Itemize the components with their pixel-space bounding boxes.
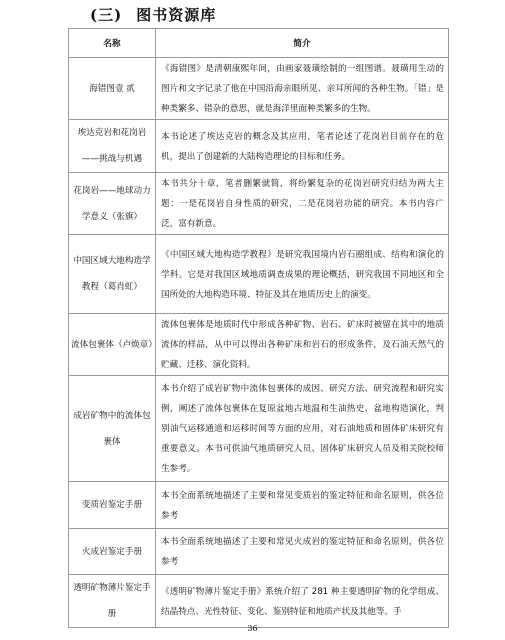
book-description: 本书全面系统地描述了主要和常见变质岩的鉴定特征和命名原则，供各位参考 xyxy=(156,482,449,529)
book-resource-table: 名称 简介 海错图壹 贰 《海错图》是清朝康熙年间，由画家聂璜绘制的一组图谱。聂… xyxy=(68,28,449,628)
table-row: 变质岩鉴定手册 本书全面系统地描述了主要和常见变质岩的鉴定特征和命名原则，供各位… xyxy=(69,482,449,529)
book-name: 火成岩鉴定手册 xyxy=(69,529,156,575)
section-heading: (三)图书资源库 xyxy=(90,4,216,25)
book-description: 本书共分十章，笔者删繁就简，将纷繁复杂的花岗岩研究归结为两大主题：一是花岗岩自身… xyxy=(156,173,449,235)
book-description: 本书论述了埃达克岩的概念及其应用，笔者论述了花岗岩目前存在的危机，提出了创建新的… xyxy=(156,120,449,173)
table-row: 海错图壹 贰 《海错图》是清朝康熙年间，由画家聂璜绘制的一组图谱。聂璜用生动的图… xyxy=(69,58,449,120)
book-description: 《中国区域大地构造学教程》是研究我国境内岩石圈组成、结构和演化的学科。它是对我国… xyxy=(156,235,449,314)
book-description: 《海错图》是清朝康熙年间，由画家聂璜绘制的一组图谱。聂璜用生动的图片和文字记录了… xyxy=(156,58,449,120)
table-row: 埃达克岩和花岗岩——挑战与机遇 本书论述了埃达克岩的概念及其应用，笔者论述了花岗… xyxy=(69,120,449,173)
section-title: 图书资源库 xyxy=(136,6,216,24)
table-row: 流体包裹体（卢焕章） 流体包裹体是地质时代中形成各种矿物、岩石、矿床时被留在其中… xyxy=(69,314,449,376)
book-description: 《透明矿物薄片鉴定手册》系统介绍了 281 种主要透明矿物的化学组成、结晶特点、… xyxy=(156,575,449,628)
section-number: (三) xyxy=(90,6,122,24)
book-name: 成岩矿物中的流体包裹体 xyxy=(69,376,156,482)
table-row: 透明矿物薄片鉴定手册 《透明矿物薄片鉴定手册》系统介绍了 281 种主要透明矿物… xyxy=(69,575,449,628)
table-header-row: 名称 简介 xyxy=(69,29,449,58)
book-name: 海错图壹 贰 xyxy=(69,58,156,120)
table-row: 成岩矿物中的流体包裹体 本书介绍了成岩矿物中流体包裹体的成因、研究方法、研究流程… xyxy=(69,376,449,482)
book-description: 本书全面系统地描述了主要和常见火成岩的鉴定特征和命名原则，供各位参考 xyxy=(156,529,449,575)
table-row: 中国区域大地构造学教程（葛肖虹） 《中国区域大地构造学教程》是研究我国境内岩石圈… xyxy=(69,235,449,314)
book-name: 透明矿物薄片鉴定手册 xyxy=(69,575,156,628)
book-description: 本书介绍了成岩矿物中流体包裹体的成因、研究方法、研究流程和研究实例，阐述了流体包… xyxy=(156,376,449,482)
book-description: 流体包裹体是地质时代中形成各种矿物、岩石、矿床时被留在其中的地质流体的样品，从中… xyxy=(156,314,449,376)
book-name: 中国区域大地构造学教程（葛肖虹） xyxy=(69,235,156,314)
book-name: 变质岩鉴定手册 xyxy=(69,482,156,529)
column-header-name: 名称 xyxy=(69,29,156,58)
table-row: 火成岩鉴定手册 本书全面系统地描述了主要和常见火成岩的鉴定特征和命名原则，供各位… xyxy=(69,529,449,575)
book-name: 埃达克岩和花岗岩——挑战与机遇 xyxy=(69,120,156,173)
column-header-description: 简介 xyxy=(156,29,449,58)
page-number: 36 xyxy=(0,624,505,633)
book-name: 花岗岩——地球动力学意义（张旗） xyxy=(69,173,156,235)
book-name: 流体包裹体（卢焕章） xyxy=(69,314,156,376)
table-row: 花岗岩——地球动力学意义（张旗） 本书共分十章，笔者删繁就简，将纷繁复杂的花岗岩… xyxy=(69,173,449,235)
